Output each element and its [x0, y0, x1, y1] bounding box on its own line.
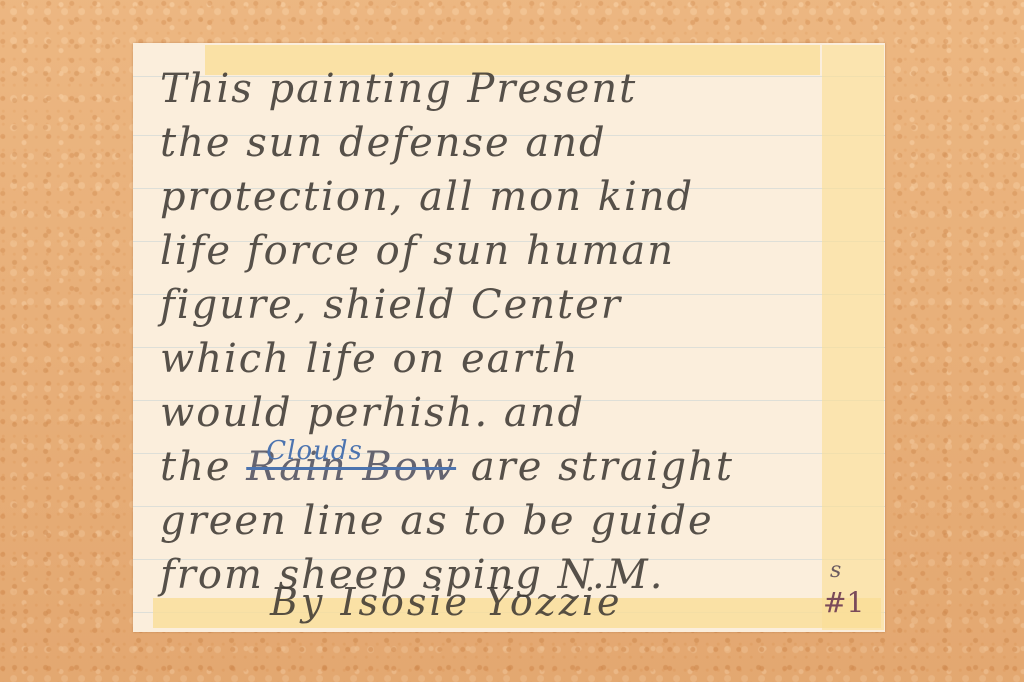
text-line-5: figure, shield Center — [160, 278, 870, 332]
margin-mark: s — [830, 558, 841, 583]
text-line-4: life force of sun human — [160, 224, 870, 278]
text-line-8: the Rain BowClouds are straight — [160, 440, 870, 494]
text-line-6: which life on earth — [160, 332, 870, 386]
blue-ink-insertion: Clouds — [266, 424, 363, 478]
text-line-1: This painting Present — [160, 62, 870, 116]
text-line-9: green line as to be guide — [160, 494, 870, 548]
text-line-3: protection, all mon kind — [160, 170, 870, 224]
handwritten-text: This painting Present the sun defense an… — [160, 62, 870, 602]
number-mark: #1 — [823, 586, 864, 619]
text-line-8-start: the — [160, 444, 246, 490]
text-line-2: the sun defense and — [160, 116, 870, 170]
signature: By Isosie Yozzie — [270, 580, 622, 624]
correction: Rain BowClouds — [246, 444, 456, 490]
text-line-8-end: are straight — [456, 444, 734, 490]
